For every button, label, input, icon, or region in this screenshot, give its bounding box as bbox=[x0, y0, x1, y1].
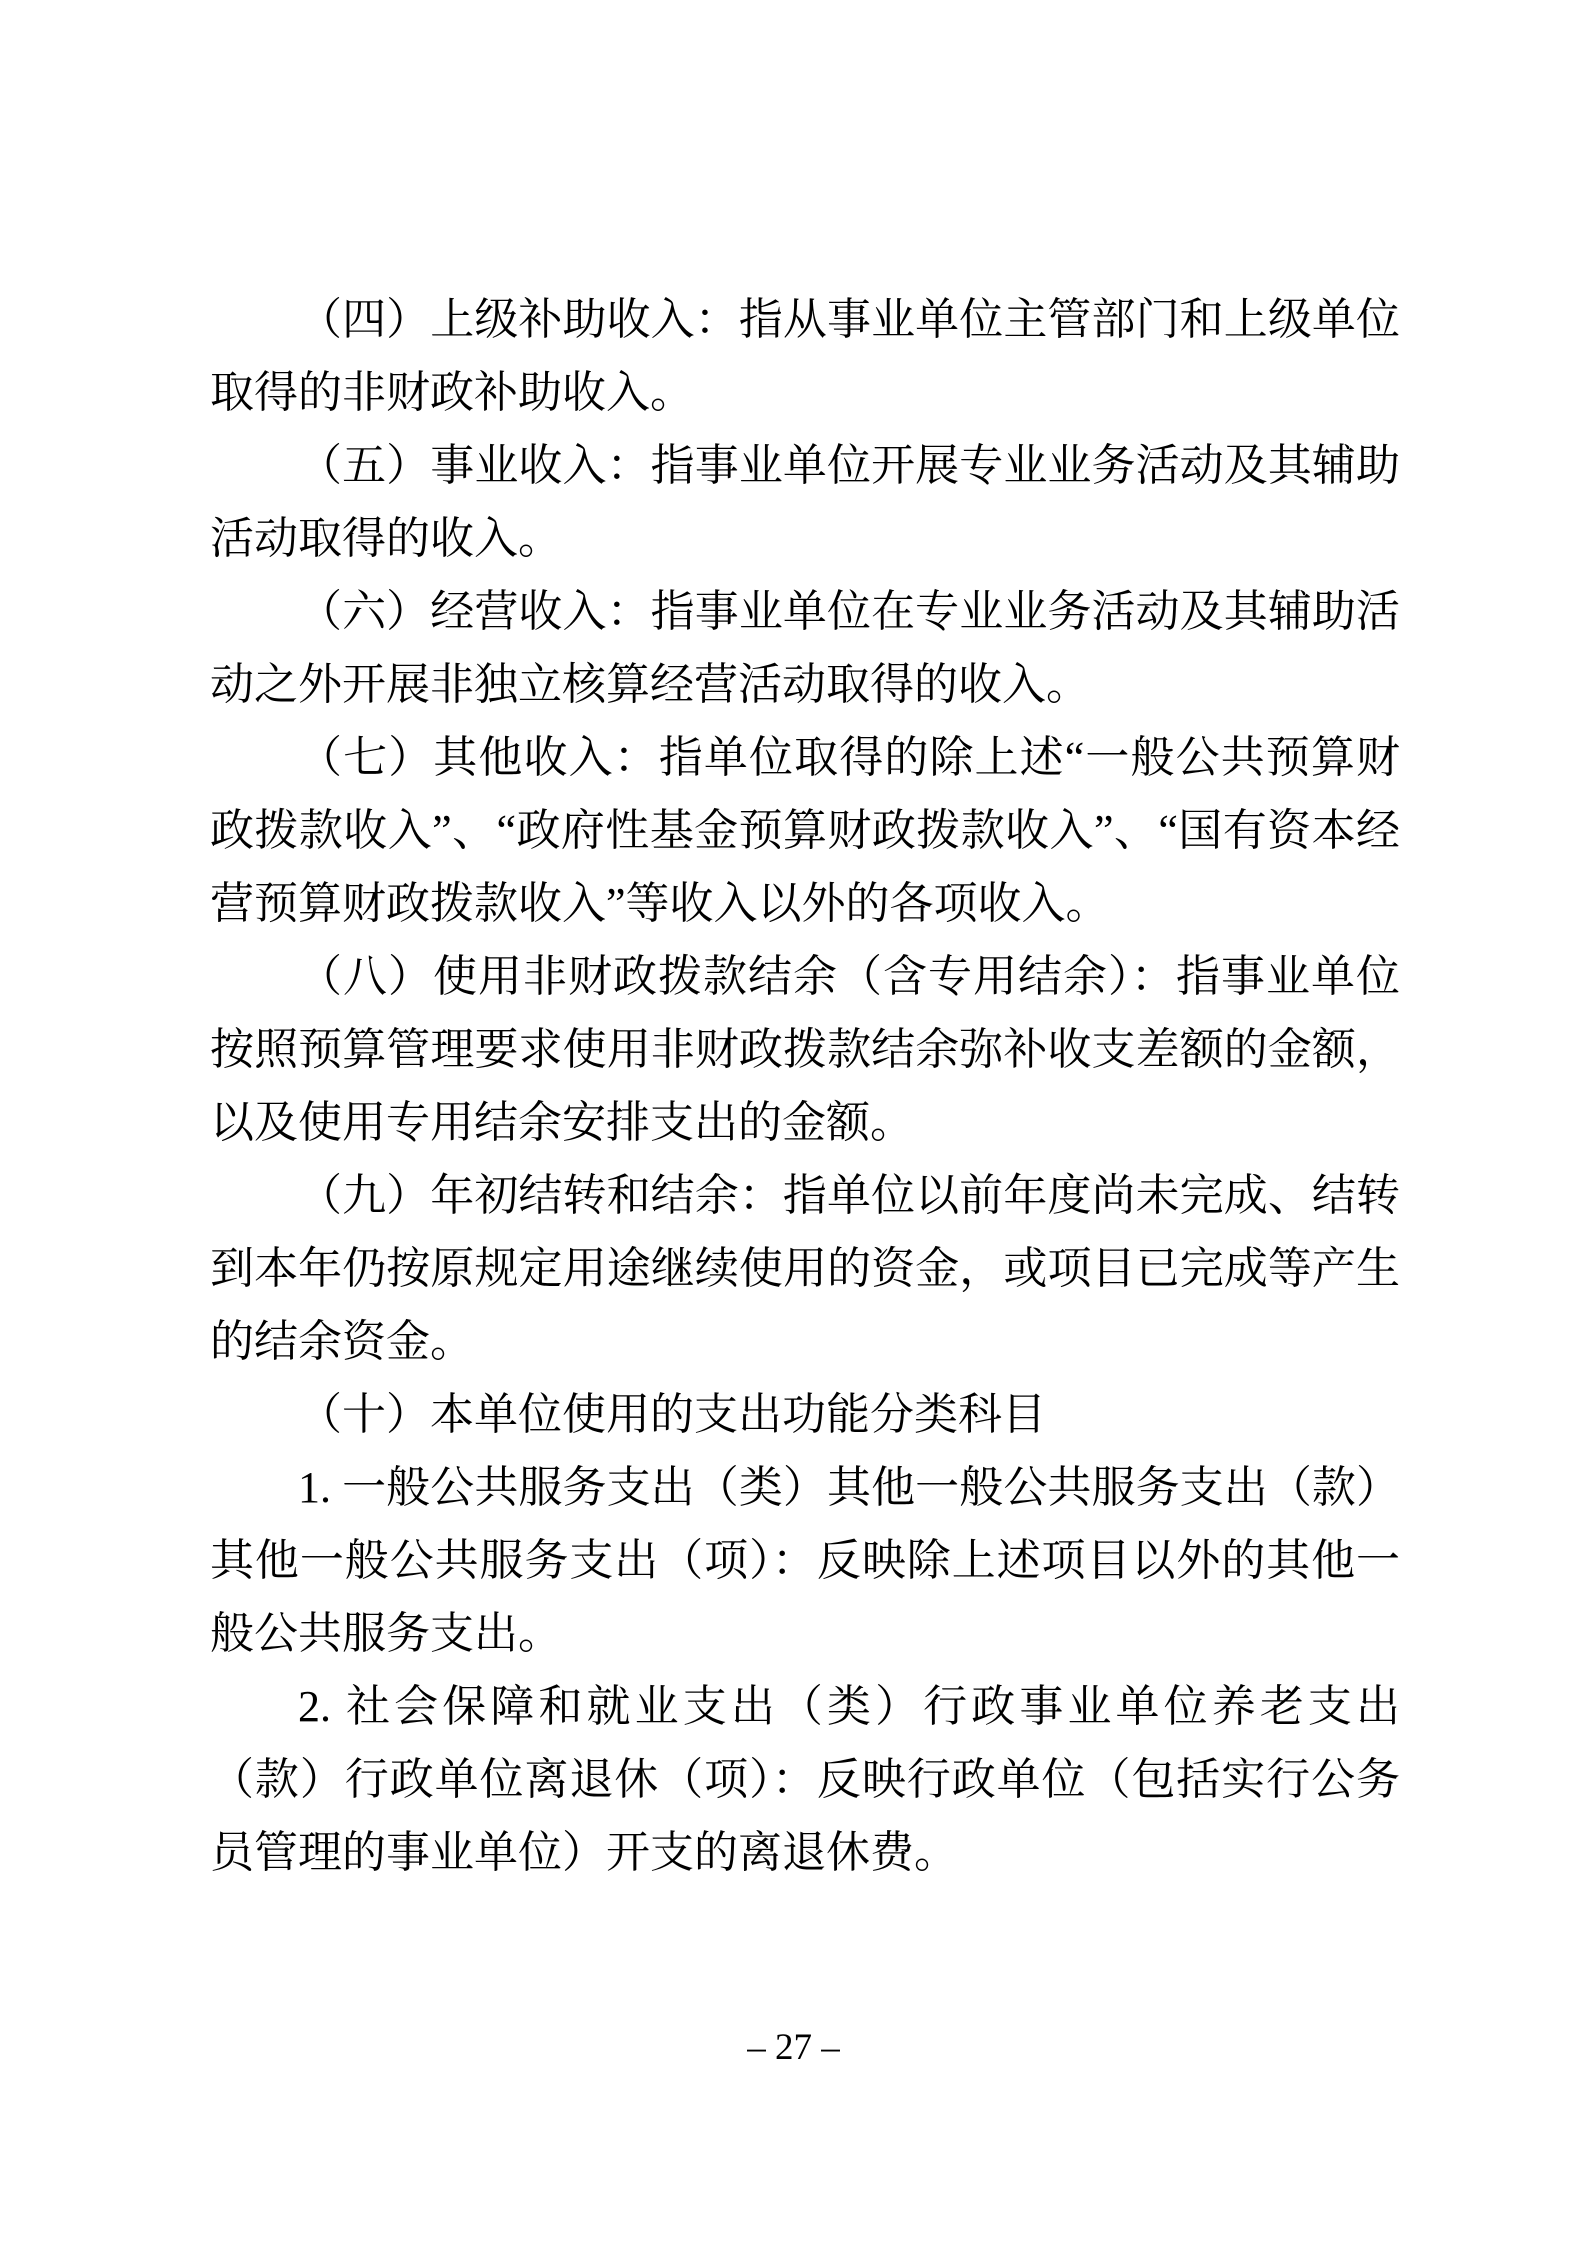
paragraph-social-security-employment-expenditure: 2. 社会保障和就业支出（类）行政事业单位养老支出（款）行政单位离退休（项）：反… bbox=[210, 1670, 1400, 1889]
paragraph-operating-income-institution: （五）事业收入：指事业单位开展专业业务活动及其辅助活动取得的收入。 bbox=[210, 429, 1400, 575]
page-number: – 27 – bbox=[0, 2026, 1587, 2070]
paragraph-non-fiscal-surplus-usage: （八）使用非财政拨款结余（含专用结余）：指事业单位按照预算管理要求使用非财政拨款… bbox=[210, 940, 1400, 1159]
paragraph-other-income: （七）其他收入：指单位取得的除上述“一般公共预算财政拨款收入”、“政府性基金预算… bbox=[210, 721, 1400, 940]
document-page: （四）上级补助收入：指从事业单位主管部门和上级单位取得的非财政补助收入。 （五）… bbox=[0, 0, 1587, 2245]
paragraph-carryover-and-surplus: （九）年初结转和结余：指单位以前年度尚未完成、结转到本年仍按原规定用途继续使用的… bbox=[210, 1159, 1400, 1378]
paragraph-superior-subsidy-income: （四）上级补助收入：指从事业单位主管部门和上级单位取得的非财政补助收入。 bbox=[210, 283, 1400, 429]
document-body-text: （四）上级补助收入：指从事业单位主管部门和上级单位取得的非财政补助收入。 （五）… bbox=[210, 283, 1400, 1889]
paragraph-business-income: （六）经营收入：指事业单位在专业业务活动及其辅助活动之外开展非独立核算经营活动取… bbox=[210, 575, 1400, 721]
paragraph-expenditure-classification-heading: （十）本单位使用的支出功能分类科目 bbox=[210, 1378, 1400, 1451]
paragraph-general-public-service-expenditure: 1. 一般公共服务支出（类）其他一般公共服务支出（款）其他一般公共服务支出（项）… bbox=[210, 1451, 1400, 1670]
